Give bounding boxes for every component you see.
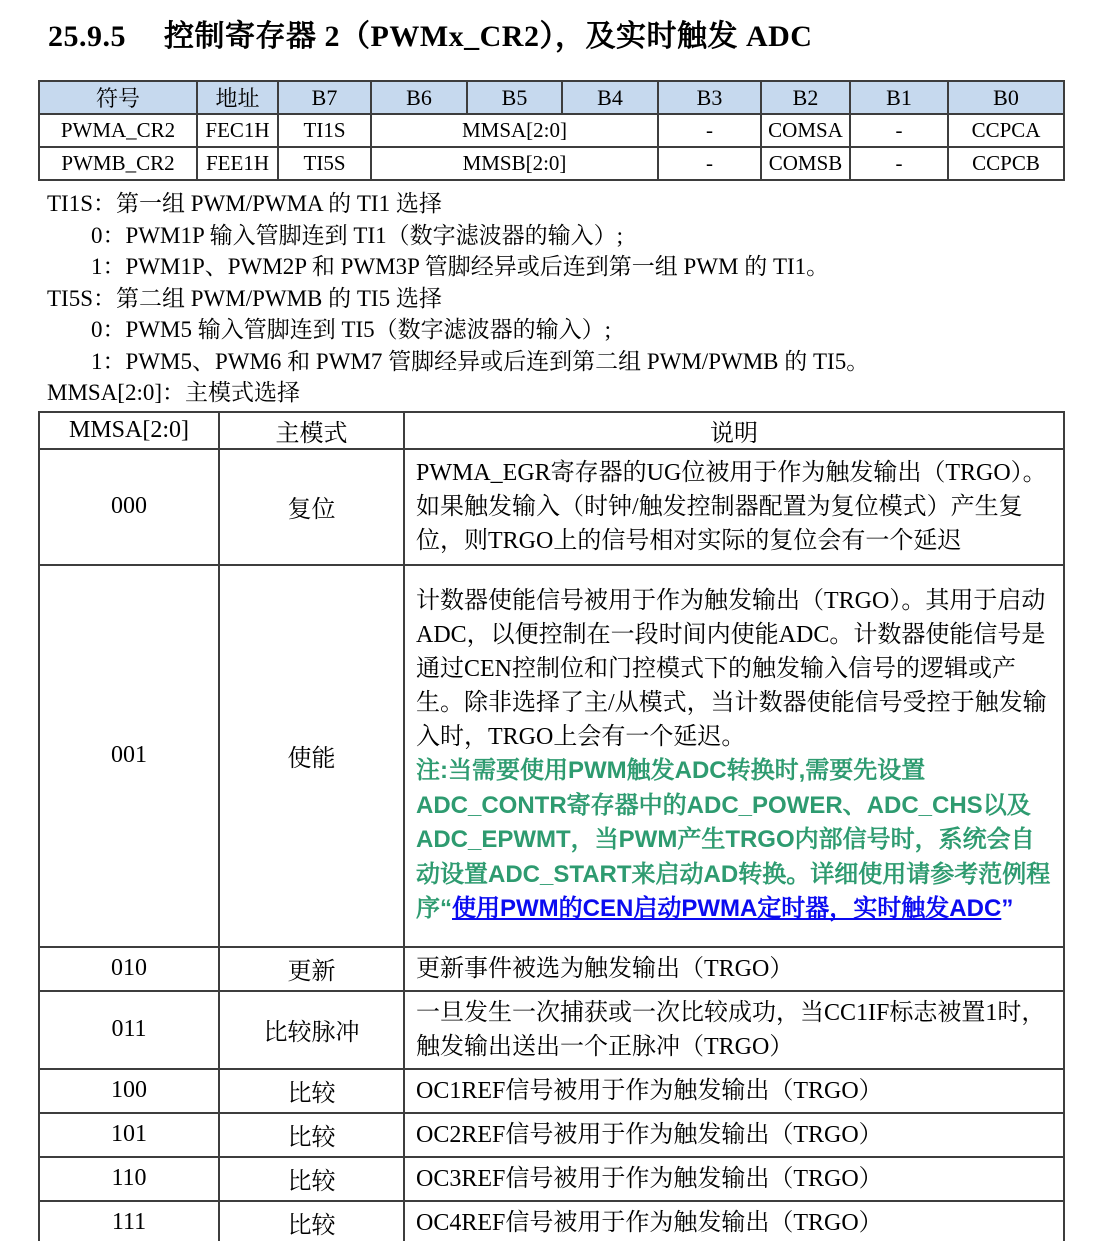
open-quote: “ [440,895,452,922]
mode-row-110: 110 比较 OC3REF信号被用于作为触发输出（TRGO） [39,1157,1064,1201]
desc-cell: PWMA_EGR寄存器的UG位被用于作为触发输出（TRGO）。如果触发输入（时钟… [404,449,1064,565]
section-number: 25.9.5 [48,15,126,59]
register-row-pwmb-cr2: PWMB_CR2 FEE1H TI5S MMSB[2:0] - COMSB - … [39,147,1064,180]
symbol-cell: PWMA_CR2 [39,114,197,147]
value-cell: 111 [39,1201,219,1241]
bit3-cell: - [658,147,761,180]
register-table: 符号 地址 B7 B6 B5 B4 B3 B2 B1 B0 PWMA_CR2 F… [38,80,1065,181]
mode-cell: 比较脉冲 [219,991,404,1069]
example-program-link[interactable]: 使用PWM的CEN启动PWMA定时器，实时触发ADC [452,895,1001,922]
col-header-b3: B3 [658,81,761,114]
field-descriptions: TI1S：第一组 PWM/PWMA 的 TI1 选择 0：PWM1P 输入管脚连… [47,188,1101,409]
register-row-pwma-cr2: PWMA_CR2 FEC1H TI1S MMSA[2:0] - COMSA - … [39,114,1064,147]
section-heading: 25.9.5控制寄存器 2（PWMx_CR2），及实时触发 ADC [0,0,1101,59]
bit2-cell: COMSA [761,114,850,147]
address-cell: FEE1H [197,147,278,180]
datasheet-page: 25.9.5控制寄存器 2（PWMx_CR2），及实时触发 ADC 符号 地址 … [0,0,1101,1241]
col-header-b2: B2 [761,81,850,114]
bit2-cell: COMSB [761,147,850,180]
value-cell: 110 [39,1157,219,1201]
col-header-b1: B1 [850,81,948,114]
col-header-b5: B5 [467,81,562,114]
col-header-symbol: 符号 [39,81,197,114]
desc-line-ti1s: TI1S：第一组 PWM/PWMA 的 TI1 选择 [47,188,1101,220]
col-header-address: 地址 [197,81,278,114]
mode-col-header-mode: 主模式 [219,412,404,449]
mode-row-111: 111 比较 OC4REF信号被用于作为触发输出（TRGO） [39,1201,1064,1241]
desc-cell: 更新事件被选为触发输出（TRGO） [404,947,1064,991]
value-cell: 011 [39,991,219,1069]
value-cell: 001 [39,565,219,947]
col-header-b6: B6 [371,81,467,114]
mode-cell: 比较 [219,1157,404,1201]
bits6-4-cell: MMSB[2:0] [371,147,658,180]
desc-cell: 计数器使能信号被用于作为触发输出（TRGO）。其用于启动ADC，以便控制在一段时… [404,565,1064,947]
mode-col-header-desc: 说明 [404,412,1064,449]
mode-row-100: 100 比较 OC1REF信号被用于作为触发输出（TRGO） [39,1069,1064,1113]
desc-cell: OC4REF信号被用于作为触发输出（TRGO） [404,1201,1064,1241]
section-title: 控制寄存器 2（PWMx_CR2），及实时触发 ADC [164,20,812,53]
value-cell: 000 [39,449,219,565]
bit3-cell: - [658,114,761,147]
col-header-b4: B4 [562,81,658,114]
desc-cell: OC3REF信号被用于作为触发输出（TRGO） [404,1157,1064,1201]
bit1-cell: - [850,147,948,180]
mode-row-011: 011 比较脉冲 一旦发生一次捕获或一次比较成功，当CC1IF标志被置1时，触发… [39,991,1064,1069]
adc-trigger-note: 注:当需要使用PWM触发ADC转换时,需要先设置ADC_CONTR寄存器中的AD… [416,754,1055,927]
desc-cell: 一旦发生一次捕获或一次比较成功，当CC1IF标志被置1时，触发输出送出一个正脉冲… [404,991,1064,1069]
desc-cell: OC2REF信号被用于作为触发输出（TRGO） [404,1113,1064,1157]
value-cell: 100 [39,1069,219,1113]
mode-row-001: 001 使能 计数器使能信号被用于作为触发输出（TRGO）。其用于启动ADC，以… [39,565,1064,947]
bits6-4-cell: MMSA[2:0] [371,114,658,147]
bit1-cell: - [850,114,948,147]
desc-line-ti5s: TI5S：第二组 PWM/PWMB 的 TI5 选择 [47,283,1101,315]
value-cell: 010 [39,947,219,991]
mode-cell: 使能 [219,565,404,947]
register-table-header-row: 符号 地址 B7 B6 B5 B4 B3 B2 B1 B0 [39,81,1064,114]
desc-line-ti1s-0: 0：PWM1P 输入管脚连到 TI1（数字滤波器的输入）; [47,220,1101,252]
desc-line-ti5s-0: 0：PWM5 输入管脚连到 TI5（数字滤波器的输入）; [47,314,1101,346]
mode-cell: 更新 [219,947,404,991]
mode-row-000: 000 复位 PWMA_EGR寄存器的UG位被用于作为触发输出（TRGO）。如果… [39,449,1064,565]
mode-col-header-value: MMSA[2:0] [39,412,219,449]
bit7-cell: TI1S [278,114,371,147]
value-cell: 101 [39,1113,219,1157]
address-cell: FEC1H [197,114,278,147]
bit0-cell: CCPCB [948,147,1064,180]
mode-row-010: 010 更新 更新事件被选为触发输出（TRGO） [39,947,1064,991]
mode-table-header-row: MMSA[2:0] 主模式 说明 [39,412,1064,449]
col-header-b0: B0 [948,81,1064,114]
close-quote: ” [1001,895,1013,922]
mode-cell: 比较 [219,1113,404,1157]
col-header-b7: B7 [278,81,371,114]
desc-line-ti1s-1: 1：PWM1P、PWM2P 和 PWM3P 管脚经异或后连到第一组 PWM 的 … [47,251,1101,283]
mode-row-101: 101 比较 OC2REF信号被用于作为触发输出（TRGO） [39,1113,1064,1157]
symbol-cell: PWMB_CR2 [39,147,197,180]
mode-cell: 复位 [219,449,404,565]
bit7-cell: TI5S [278,147,371,180]
desc-cell: OC1REF信号被用于作为触发输出（TRGO） [404,1069,1064,1113]
desc-line-ti5s-1: 1：PWM5、PWM6 和 PWM7 管脚经异或后连到第二组 PWM/PWMB … [47,346,1101,378]
desc-text: 计数器使能信号被用于作为触发输出（TRGO）。其用于启动ADC，以便控制在一段时… [416,584,1055,754]
mode-cell: 比较 [219,1201,404,1241]
mode-select-table: MMSA[2:0] 主模式 说明 000 复位 PWMA_EGR寄存器的UG位被… [38,411,1065,1241]
bit0-cell: CCPCA [948,114,1064,147]
desc-line-mmsa: MMSA[2:0]：主模式选择 [47,377,1101,409]
mode-cell: 比较 [219,1069,404,1113]
